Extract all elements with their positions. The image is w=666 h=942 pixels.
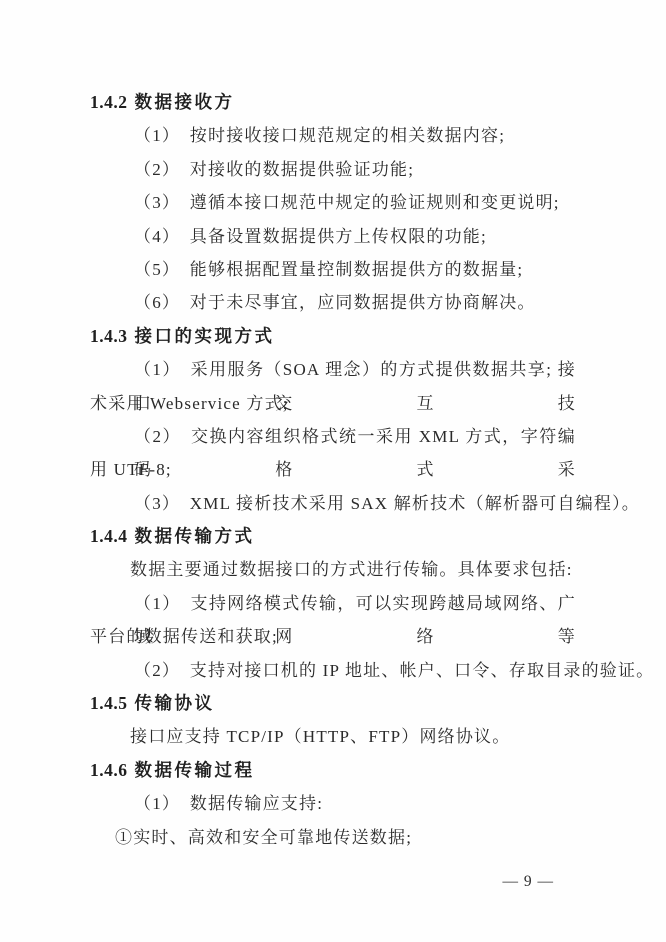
line-text: 接口应支持 TCP/IP（HTTP、FTP）网络协议。	[130, 727, 510, 746]
line-text: 术采用 Webservice 方式;	[90, 394, 289, 413]
section-heading: 1.4.2数据接收方	[90, 86, 576, 119]
paragraph-line: 接口应支持 TCP/IP（HTTP、FTP）网络协议。	[90, 720, 576, 753]
section-title: 接口的实现方式	[135, 326, 275, 346]
line-text: （2） 对接收的数据提供验证功能;	[134, 160, 414, 179]
list-item: （2） 对接收的数据提供验证功能;	[90, 153, 576, 186]
line-text: （4） 具备设置数据提供方上传权限的功能;	[134, 227, 487, 246]
list-item: （1） 采用服务（SOA 理念）的方式提供数据共享; 接口交互技	[90, 353, 576, 386]
list-item: （3） 遵循本接口规范中规定的验证规则和变更说明;	[90, 186, 576, 219]
line-text: （3） 遵循本接口规范中规定的验证规则和变更说明;	[134, 193, 560, 212]
line-text: 平台的数据传送和获取;	[90, 627, 278, 646]
section-number: 1.4.6	[90, 760, 128, 780]
section-number: 1.4.4	[90, 526, 128, 546]
section-heading: 1.4.4数据传输方式	[90, 520, 576, 553]
list-item: （2） 支持对接口机的 IP 地址、帐户、口令、存取目录的验证。	[90, 654, 576, 687]
line-text: （3） XML 接析技术采用 SAX 解析技术（解析器可自编程）。	[134, 494, 640, 513]
section-heading: 1.4.6数据传输过程	[90, 754, 576, 787]
document-page: 1.4.2数据接收方（1） 按时接收接口规范规定的相关数据内容;（2） 对接收的…	[0, 0, 666, 942]
line-text: ①实时、高效和安全可靠地传送数据;	[115, 828, 412, 847]
document-body: 1.4.2数据接收方（1） 按时接收接口规范规定的相关数据内容;（2） 对接收的…	[90, 86, 576, 854]
list-item: （2） 交换内容组织格式统一采用 XML 方式，字符编码格式采	[90, 420, 576, 453]
section-heading: 1.4.3接口的实现方式	[90, 320, 576, 353]
line-text: 用 UTF-8;	[90, 460, 172, 479]
paragraph-line: 数据主要通过数据接口的方式进行传输。具体要求包括:	[90, 553, 576, 586]
line-text: 数据主要通过数据接口的方式进行传输。具体要求包括:	[130, 560, 573, 579]
line-text: （6） 对于未尽事宜，应同数据提供方协商解决。	[134, 293, 536, 312]
page-footer: — 9 —	[503, 872, 555, 892]
line-text: （1） 数据传输应支持:	[134, 794, 323, 813]
list-item: （5） 能够根据配置量控制数据提供方的数据量;	[90, 253, 576, 286]
list-item: （1） 支持网络模式传输，可以实现跨越局域网络、广域网络等	[90, 587, 576, 620]
list-item: （3） XML 接析技术采用 SAX 解析技术（解析器可自编程）。	[90, 487, 576, 520]
line-text: （2） 支持对接口机的 IP 地址、帐户、口令、存取目录的验证。	[134, 661, 654, 680]
section-title: 数据接收方	[135, 92, 235, 112]
section-title: 传输协议	[135, 693, 215, 713]
list-item: （6） 对于未尽事宜，应同数据提供方协商解决。	[90, 286, 576, 319]
section-number: 1.4.3	[90, 326, 128, 346]
page-number: — 9 —	[503, 873, 555, 890]
section-number: 1.4.5	[90, 693, 128, 713]
line-text: （1） 按时接收接口规范规定的相关数据内容;	[134, 126, 505, 145]
list-item: （1） 按时接收接口规范规定的相关数据内容;	[90, 119, 576, 152]
numbered-sub-item: ①实时、高效和安全可靠地传送数据;	[90, 821, 576, 854]
line-text: （2） 交换内容组织格式统一采用 XML 方式，字符编码格式采	[134, 427, 576, 479]
list-item: （4） 具备设置数据提供方上传权限的功能;	[90, 220, 576, 253]
line-text: （5） 能够根据配置量控制数据提供方的数据量;	[134, 260, 523, 279]
list-item: （1） 数据传输应支持:	[90, 787, 576, 820]
section-number: 1.4.2	[90, 92, 128, 112]
section-title: 数据传输方式	[135, 526, 255, 546]
section-title: 数据传输过程	[135, 760, 255, 780]
section-heading: 1.4.5传输协议	[90, 687, 576, 720]
